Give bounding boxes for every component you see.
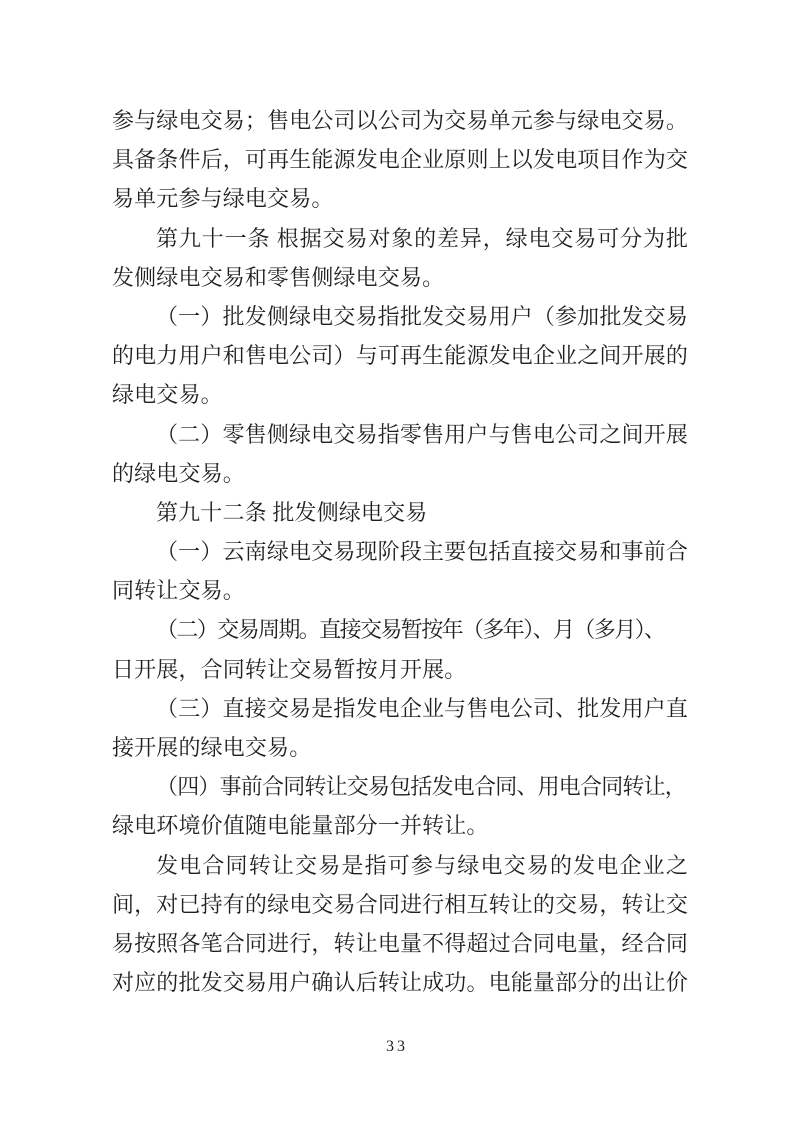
text-line: （一）批发侧绿电交易指批发交易用户（参加批发交易 <box>112 297 688 336</box>
text-line: （三）直接交易是指发电企业与售电公司、批发用户直 <box>112 689 688 728</box>
text-line-article-91: 第九十一条 根据交易对象的差异，绿电交易可分为批 <box>112 219 688 258</box>
text-line: 参与绿电交易；售电公司以公司为交易单元参与绿电交易。 <box>112 101 688 140</box>
text-line: 日开展，合同转让交易暂按月开展。 <box>112 650 688 689</box>
page-number: 33 <box>0 1038 794 1056</box>
text-line-article-92: 第九十二条 批发侧绿电交易 <box>112 493 688 532</box>
text-line: 发电合同转让交易是指可参与绿电交易的发电企业之 <box>112 846 688 885</box>
text-line: 绿电交易。 <box>112 375 688 414</box>
text-line: （二）交易周期。直接交易暂按年（多年）、月（多月）、 <box>112 610 688 649</box>
text-line: 对应的批发交易用户确认后转让成功。电能量部分的出让价 <box>112 963 688 1002</box>
document-page: 参与绿电交易；售电公司以公司为交易单元参与绿电交易。 具备条件后，可再生能源发电… <box>0 0 794 1123</box>
text-line: 易按照各笔合同进行，转让电量不得超过合同电量，经合同 <box>112 924 688 963</box>
text-line: （四）事前合同转让交易包括发电合同、用电合同转让， <box>112 767 688 806</box>
text-line: 绿电环境价值随电能量部分一并转让。 <box>112 806 688 845</box>
text-line: 具备条件后，可再生能源发电企业原则上以发电项目作为交 <box>112 140 688 179</box>
text-line: 间，对已持有的绿电交易合同进行相互转让的交易，转让交 <box>112 885 688 924</box>
text-line: 易单元参与绿电交易。 <box>112 179 688 218</box>
text-line: （一）云南绿电交易现阶段主要包括直接交易和事前合 <box>112 532 688 571</box>
document-body: 参与绿电交易；售电公司以公司为交易单元参与绿电交易。 具备条件后，可再生能源发电… <box>112 101 688 1002</box>
text-line: 同转让交易。 <box>112 571 688 610</box>
text-line: 的电力用户和售电公司）与可再生能源发电企业之间开展的 <box>112 336 688 375</box>
text-line: 接开展的绿电交易。 <box>112 728 688 767</box>
text-line: 发侧绿电交易和零售侧绿电交易。 <box>112 258 688 297</box>
text-line: 的绿电交易。 <box>112 454 688 493</box>
text-line: （二）零售侧绿电交易指零售用户与售电公司之间开展 <box>112 415 688 454</box>
